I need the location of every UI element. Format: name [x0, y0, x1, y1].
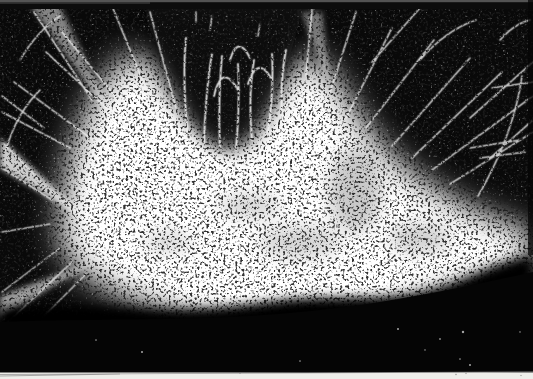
ember	[299, 360, 301, 362]
page-margin	[0, 372, 533, 379]
photo-canvas	[0, 0, 533, 379]
ember	[469, 364, 471, 366]
right-edge-band	[528, 0, 533, 255]
speck	[465, 373, 466, 374]
ember	[424, 349, 425, 350]
ember	[519, 331, 520, 332]
explosion-photograph	[0, 0, 533, 379]
top-frame-bar	[0, 0, 533, 9]
ember	[462, 331, 464, 333]
ember	[141, 351, 143, 353]
top-left-gray	[0, 0, 150, 4]
speck	[455, 374, 456, 375]
ember	[95, 339, 97, 341]
speck	[240, 373, 241, 374]
ember	[397, 328, 399, 330]
ember	[459, 358, 461, 360]
ember	[439, 338, 441, 340]
speck	[520, 375, 521, 376]
